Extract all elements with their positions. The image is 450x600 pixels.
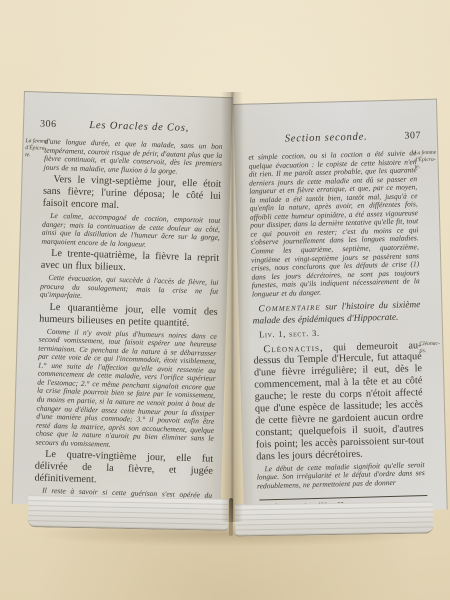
- body-paragraph: Le quarantième jour, elle vomit des hume…: [39, 301, 218, 330]
- gutter-bottom-shadow: [229, 498, 233, 536]
- left-paragraph-block: La femme d'Épicra- te. d'une longue duré…: [44, 138, 223, 177]
- commentary-paragraph: Le calme, accompagné de coction, emporto…: [41, 212, 220, 251]
- commentary-paragraph: d'une longue durée, et que la malade, sa…: [44, 138, 223, 177]
- page-edges-left: [28, 495, 229, 531]
- right-page: Section seconde. 307 La femme d'Épicra- …: [233, 99, 448, 515]
- commentary-paragraph: Le début de cette maladie signifioit qu'…: [256, 461, 425, 491]
- right-text-column: La femme d'Épicra- te. et simple coction…: [248, 147, 426, 525]
- paragraph-rest: , qui demeuroit au-dessus du Temple d'He…: [254, 340, 424, 463]
- commentaire-heading: Commentaire sur l'histoire du sixième ma…: [252, 300, 421, 328]
- body-paragraph: Vers le vingt-septième jour, elle étoit …: [42, 174, 221, 215]
- left-page: 306 Les Oracles de Cos, La femme d'Épicr…: [12, 91, 233, 510]
- cleonactis-block: Cléonac- tis. Cléonactis, qui demeuroit …: [253, 340, 424, 464]
- left-text-column: La femme d'Épicra- te. d'une longue duré…: [34, 136, 223, 509]
- left-page-header: 306 Les Oracles de Cos,: [40, 118, 222, 134]
- left-page-number: 306: [40, 118, 57, 129]
- heading-lead-word: Commentaire: [258, 303, 321, 315]
- margin-note-line: te.: [25, 152, 47, 160]
- right-margin-note-top: La femme d'Épicra- te.: [414, 150, 437, 172]
- right-paragraph-block: La femme d'Épicra- te. et simple coction…: [248, 149, 420, 299]
- margin-note-line: Cléonac-: [419, 340, 441, 348]
- book-photo: 306 Les Oracles de Cos, La femme d'Épicr…: [0, 0, 450, 600]
- right-margin-note-mid: Cléonac- tis.: [419, 340, 441, 355]
- right-page-header: Section seconde. 307: [248, 130, 421, 146]
- right-page-number: 307: [404, 130, 421, 141]
- margin-note-line: te.: [415, 164, 437, 172]
- left-running-title: Les Oracles de Cos,: [56, 119, 222, 135]
- margin-note-line: tis.: [419, 347, 441, 355]
- paragraph-lead-word: Cléonactis: [263, 342, 320, 354]
- right-running-title: Section seconde.: [248, 131, 405, 146]
- margin-note-line: d'Épicra-: [414, 157, 436, 165]
- commentary-paragraph: Comme il n'y avoit plus d'humeurs noires…: [35, 327, 216, 452]
- body-paragraph: Cléonactis, qui demeuroit au-dessus du T…: [253, 340, 424, 464]
- page-edges-right: [235, 501, 433, 536]
- commentary-paragraph: et simple coction, ou si la coction a ét…: [248, 149, 420, 299]
- commentary-paragraph: Cette évacuation, qui succède à l'accès …: [40, 274, 219, 305]
- left-margin-note: La femme d'Épicra- te.: [25, 138, 48, 160]
- body-paragraph: Le quatre-vingtième jour, elle fut déliv…: [34, 449, 213, 490]
